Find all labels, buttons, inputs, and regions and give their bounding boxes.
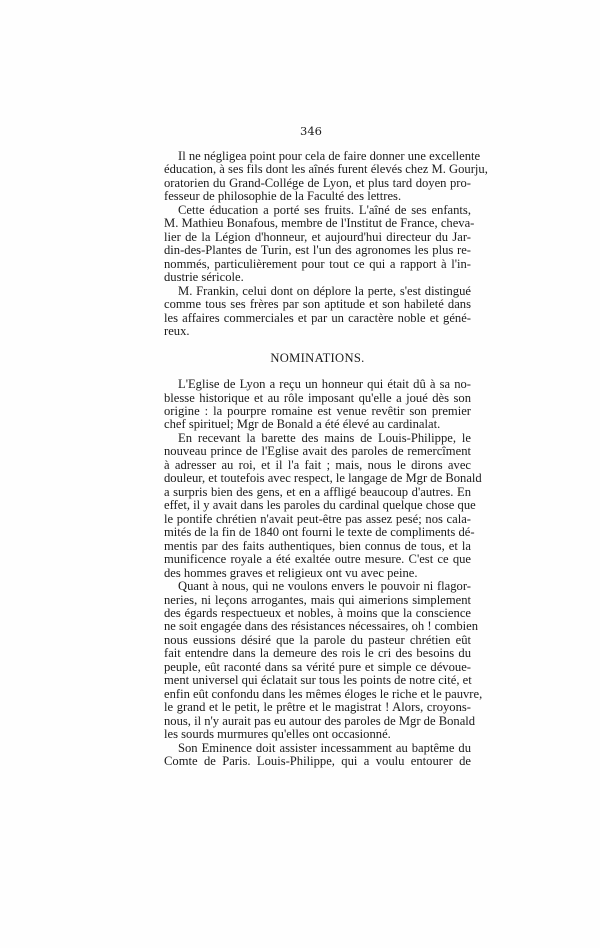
text-line: peuple, eût raconté dans sa vérité pure … — [164, 661, 471, 674]
text-line: des égards respectueux et nobles, à moin… — [164, 607, 471, 620]
text-line: En recevant la barette des mains de Loui… — [164, 432, 471, 445]
paragraph: En recevant la barette des mains de Loui… — [164, 432, 471, 580]
text-line: munificence royale a été exaltée outre m… — [164, 553, 471, 566]
text-line: blesse historique et au rôle imposant qu… — [164, 392, 471, 405]
scanned-page: 346 Il ne négligea point pour cela de fa… — [0, 0, 600, 948]
text-line: reux. — [164, 325, 471, 338]
paragraph: L'Eglise de Lyon a reçu un honneur qui é… — [164, 378, 471, 432]
text-line: enfin eût confondu dans les mêmes éloges… — [164, 688, 471, 701]
text-line: Quant à nous, qui ne voulons envers le p… — [164, 580, 471, 593]
text-line: le grand et le petit, le prêtre et le ma… — [164, 701, 471, 714]
text-line: din-des-Plantes de Turin, est l'un des a… — [164, 244, 471, 257]
text-line: Comte de Paris. Louis-Philippe, qui a vo… — [164, 755, 471, 768]
text-line: nous eussions désiré que la parole du pa… — [164, 634, 471, 647]
page-number: 346 — [0, 124, 600, 138]
text-line: neries, ni leçons arrogantes, mais qui a… — [164, 594, 471, 607]
text-line: L'Eglise de Lyon a reçu un honneur qui é… — [164, 378, 471, 391]
text-line: douleur, et toutefois avec respect, le l… — [164, 472, 471, 485]
text-line: des hommes graves et religieux ont vu av… — [164, 567, 471, 580]
text-line: nommés, particulièrement pour tout ce qu… — [164, 258, 471, 271]
text-line: mentis par des faits authentiques, bien … — [164, 540, 471, 553]
paragraph: Cette éducation a porté ses fruits. L'aî… — [164, 204, 471, 285]
section-heading: NOMINATIONS. — [164, 352, 471, 365]
section-before: Il ne négligea point pour cela de faire … — [164, 150, 471, 339]
paragraph: Son Eminence doit assister incessamment … — [164, 742, 471, 769]
text-line: a surpris bien des gens, et en a affligé… — [164, 486, 471, 499]
section-after: L'Eglise de Lyon a reçu un honneur qui é… — [164, 378, 471, 769]
text-line: Cette éducation a porté ses fruits. L'aî… — [164, 204, 471, 217]
text-line: mités de la fin de 1840 ont fourni le te… — [164, 526, 471, 539]
text-line: chef spirituel; Mgr de Bonald a été élev… — [164, 418, 471, 431]
text-line: origine : la pourpre romaine est venue r… — [164, 405, 471, 418]
text-line: éducation, à ses fils dont les aînés fur… — [164, 163, 471, 176]
text-line: nous, il n'y aurait pas eu autour des pa… — [164, 715, 471, 728]
text-line: ne soit engagée dans des résistances néc… — [164, 620, 471, 633]
text-line: nouveau prince de l'Eglise avait des par… — [164, 445, 471, 458]
text-line: effet, il y avait dans les paroles du ca… — [164, 499, 471, 512]
text-line: à adresser au roi, et il l'a fait ; mais… — [164, 459, 471, 472]
page-body: Il ne négligea point pour cela de faire … — [164, 150, 471, 769]
text-line: dustrie séricole. — [164, 271, 471, 284]
text-line: comme tous ses frères par son aptitude e… — [164, 298, 471, 311]
paragraph: Il ne négligea point pour cela de faire … — [164, 150, 471, 204]
text-line: fait entendre dans la demeure des rois l… — [164, 647, 471, 660]
text-line: M. Frankin, celui dont on déplore la per… — [164, 285, 471, 298]
text-line: les affaires commerciales et par un cara… — [164, 312, 471, 325]
text-line: ment universel qui éclatait sur tous les… — [164, 674, 471, 687]
text-line: Son Eminence doit assister incessamment … — [164, 742, 471, 755]
text-line: lier de la Légion d'honneur, et aujourd'… — [164, 231, 471, 244]
text-line: M. Mathieu Bonafous, membre de l'Institu… — [164, 217, 471, 230]
text-line: les sourds murmures qu'elles ont occasio… — [164, 728, 471, 741]
text-line: fesseur de philosophie de la Faculté des… — [164, 190, 471, 203]
text-line: le pontife chrétien n'avait peut-être pa… — [164, 513, 471, 526]
text-line: oratorien du Grand-Collége de Lyon, et p… — [164, 177, 471, 190]
paragraph: Quant à nous, qui ne voulons envers le p… — [164, 580, 471, 742]
text-line: Il ne négligea point pour cela de faire … — [164, 150, 471, 163]
paragraph: M. Frankin, celui dont on déplore la per… — [164, 285, 471, 339]
